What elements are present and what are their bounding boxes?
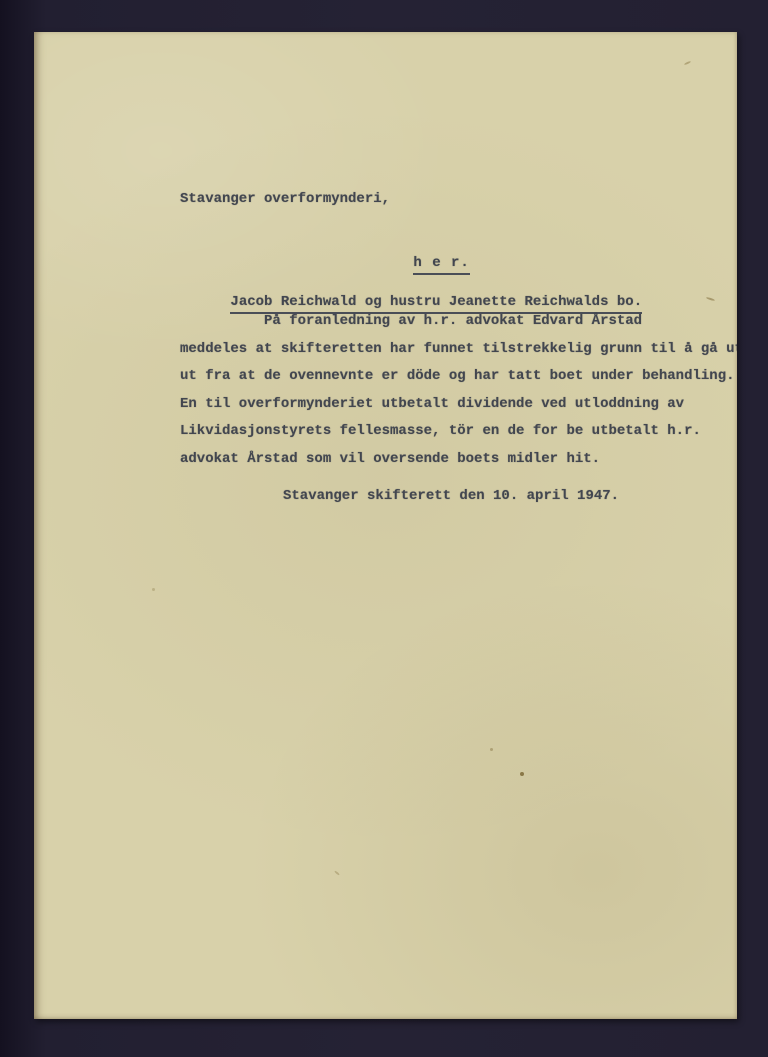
body-line: advokat Årstad som vil oversende boets m… <box>180 446 737 474</box>
dateline: Stavanger skifterett den 10. april 1947. <box>283 487 619 505</box>
body-line: På foranledning av h.r. advokat Edvard Å… <box>180 308 737 336</box>
paper-speck <box>152 588 155 591</box>
body-paragraph: På foranledning av h.r. advokat Edvard Å… <box>180 308 737 474</box>
body-line: ut fra at de ovennevnte er döde og har t… <box>180 363 737 391</box>
body-line: En til overformynderiet utbetalt dividen… <box>180 391 737 419</box>
salutation-text: h e r. <box>413 254 469 275</box>
paper-fiber <box>684 61 691 66</box>
paper-speck <box>490 748 493 751</box>
paper-fiber <box>334 870 340 875</box>
document-page: Stavanger overformynderi, h e r. Jacob R… <box>34 32 737 1019</box>
body-line: meddeles at skifteretten har funnet tils… <box>180 336 737 364</box>
recipient-line: Stavanger overformynderi, <box>180 190 390 208</box>
body-line: Likvidasjonstyrets fellesmasse, tör en d… <box>180 418 737 446</box>
scanned-document-background: Stavanger overformynderi, h e r. Jacob R… <box>0 0 768 1057</box>
paper-speck <box>520 772 524 776</box>
paper-fiber <box>706 297 715 302</box>
